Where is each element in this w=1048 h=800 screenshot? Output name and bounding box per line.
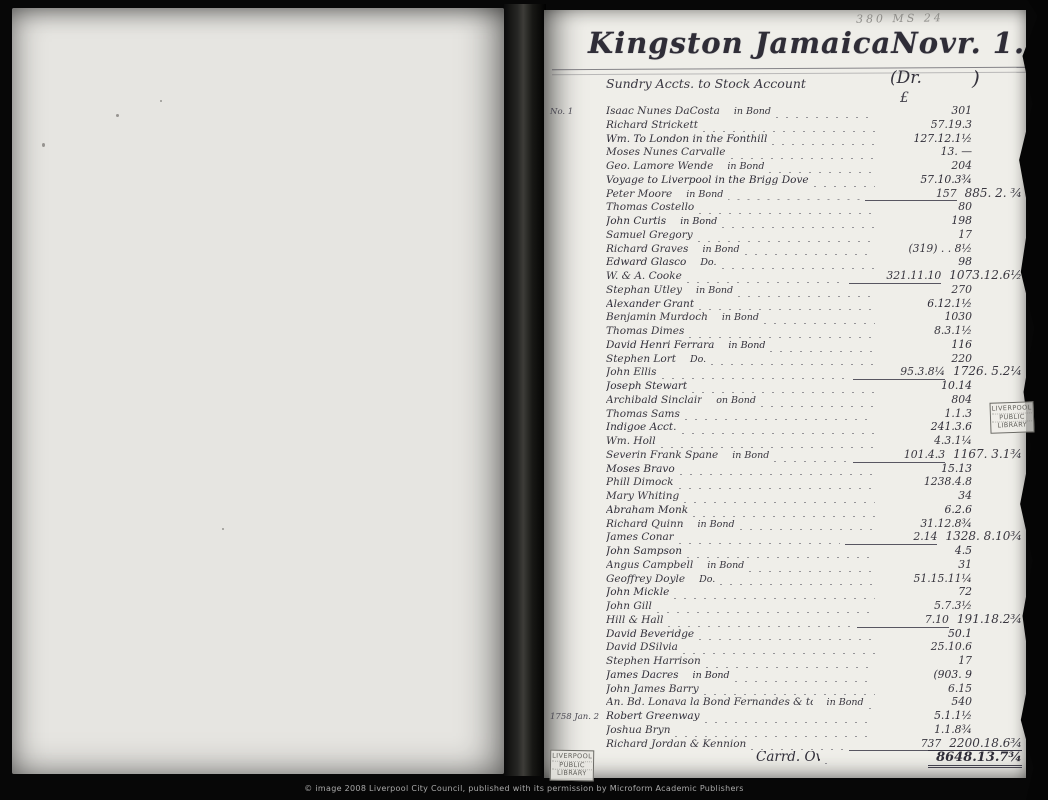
row-amount: 2.14 <box>845 530 937 545</box>
row-bond-note: in Bond <box>734 105 771 119</box>
row-dotted-leader <box>687 553 875 558</box>
paper-speck <box>160 100 162 102</box>
row-account-name: John Sampson <box>606 545 682 559</box>
row-account-name: Wm. Holl <box>606 435 656 449</box>
row-account-name: Indigoe Acct. <box>606 421 677 435</box>
ledger-row: Richard Gravesin Bond(319) . . 8½ <box>550 242 1022 256</box>
ledger-row: John Gill5.7.3½ <box>550 599 1022 613</box>
row-dotted-leader <box>682 429 876 434</box>
row-amount: 241.3.6 <box>880 420 972 434</box>
row-account-name: Peter Moore <box>606 188 672 202</box>
row-amount: 127.12.1½ <box>880 132 972 146</box>
row-account-name: Richard Graves <box>606 243 688 257</box>
row-account-name: Hill & Hall <box>606 614 663 628</box>
row-account-name: Geoffrey Doyle <box>606 573 685 587</box>
row-dotted-leader <box>706 663 875 668</box>
row-amount: 34 <box>880 489 972 503</box>
row-account-name: James Conar <box>606 531 674 545</box>
row-account-name: Thomas Costello <box>606 201 694 215</box>
row-bond-note: on Bond <box>716 394 756 408</box>
scanned-ledger-spread: 380 MS 24 Kingston Jamaica Novr. 1. 1757… <box>0 0 1048 800</box>
ledger-row: An. Bd. Lonava la Bond Fernandes & to Ge… <box>550 695 1022 709</box>
row-dotted-leader <box>683 649 875 654</box>
row-account-name: Wm. To London in the Fonthill <box>606 133 767 147</box>
ledger-row: Benjamin Murdochin Bond1030 <box>550 310 1022 324</box>
row-dotted-leader <box>774 457 848 462</box>
row-dotted-leader <box>731 154 876 159</box>
ledger-rows: No. 1Isaac Nunes DaCostain Bond301Richar… <box>550 104 1022 764</box>
row-dotted-leader <box>679 484 875 489</box>
row-bond-note: in Bond <box>698 518 735 532</box>
row-amount: 57.10.3¾ <box>880 173 972 187</box>
row-account-name: Richard Jordan & Kennion <box>606 738 746 752</box>
ledger-row: John James Barry6.15 <box>550 682 1022 696</box>
row-dotted-leader <box>769 168 875 173</box>
row-account-name: Robert Greenway <box>606 710 700 724</box>
row-amount: 25.10.6 <box>880 640 972 654</box>
row-amount: 220 <box>880 352 972 366</box>
row-bond-note: in Bond <box>696 284 733 298</box>
row-dotted-leader <box>735 677 875 682</box>
row-dotted-leader <box>657 608 875 613</box>
ledger-row: Richard Quinnin Bond31.12.8¾ <box>550 517 1022 531</box>
row-dotted-leader <box>764 319 875 324</box>
ledger-row: Thomas Costello80 <box>550 200 1022 214</box>
row-account-name: Angus Campbell <box>606 559 693 573</box>
row-account-name: Joseph Stewart <box>606 380 687 394</box>
row-amount: (319) . . 8½ <box>880 242 972 256</box>
row-bond-note: in Bond <box>693 669 730 683</box>
debit-mark: (Dr. <box>890 68 922 88</box>
ledger-row: James Conar2.141328. 8.10¾ <box>550 530 1022 544</box>
row-amount: 17 <box>880 228 972 242</box>
row-dotted-leader <box>661 443 875 448</box>
row-dotted-leader <box>698 237 875 242</box>
row-bond-note: in Bond <box>680 215 717 229</box>
row-account-name: John Mickle <box>606 586 669 600</box>
row-subtotal: 1073.12.6½ <box>941 269 1022 283</box>
row-amount: 198 <box>880 214 972 228</box>
row-amount: 80 <box>880 200 972 214</box>
row-amount: 116 <box>880 338 972 352</box>
ledger-row: Moses Bravo15.13 <box>550 462 1022 476</box>
ledger-row: Thomas Sams1.1.3 <box>550 407 1022 421</box>
ledger-row: David Beveridge50.1 <box>550 627 1022 641</box>
row-amount: 98 <box>880 255 972 269</box>
ledger-row: Archibald Sinclairon Bond804 <box>550 393 1022 407</box>
row-dotted-leader <box>776 113 875 118</box>
ledger-row: Mary Whiting34 <box>550 489 1022 503</box>
row-account-name: David Henri Ferrara <box>606 339 714 353</box>
row-dotted-leader <box>668 622 852 627</box>
row-account-name: Abraham Monk <box>606 504 688 518</box>
row-dotted-leader <box>662 374 849 379</box>
library-stamp: LIVERPOOL PUBLIC LIBRARY <box>550 750 595 781</box>
row-account-name: Carrd. Over <box>606 751 820 765</box>
ledger-row: Samuel Gregory17 <box>550 228 1022 242</box>
row-account-name: An. Bd. Lonava la Bond Fernandes & to Ge… <box>606 696 813 710</box>
row-amount: 72 <box>880 585 972 599</box>
row-account-name: Benjamin Murdoch <box>606 311 708 325</box>
stamp-line: LIBRARY <box>552 770 592 778</box>
ledger-row: James Dacresin Bond(903. 9 <box>550 668 1022 682</box>
blank-left-page <box>12 8 504 774</box>
ledger-row: Joshua Bryn1.1.8¾ <box>550 723 1022 737</box>
row-bond-note: in Bond <box>727 160 764 174</box>
ledger-row: John Ellis95.3.8¼1726. 5.2¼ <box>550 365 1022 379</box>
row-account-name: Stephan Utley <box>606 284 682 298</box>
row-dotted-leader <box>825 759 831 764</box>
row-subtotal: 191.18.2¾ <box>949 613 1022 627</box>
row-dotted-leader <box>772 140 875 145</box>
row-account-name: Richard Strickett <box>606 119 698 133</box>
row-amount: 5.1.1½ <box>880 709 972 723</box>
row-dotted-leader <box>720 580 875 585</box>
ledger-row: Geo. Lamore Wendein Bond204 <box>550 159 1022 173</box>
row-subtotal: 885. 2. ¾ <box>957 187 1022 201</box>
row-subtotal: 1726. 5.2¼ <box>945 365 1022 379</box>
row-amount: 1030 <box>880 310 972 324</box>
row-dotted-leader <box>722 223 875 228</box>
row-amount: 4.5 <box>880 544 972 558</box>
row-bond-note: in Bond <box>732 449 769 463</box>
row-account-name: John James Barry <box>606 683 699 697</box>
row-dotted-leader <box>761 402 875 407</box>
library-stamp: LIVERPOOL PUBLIC LIBRARY <box>989 401 1034 433</box>
row-amount: 737 <box>849 737 941 752</box>
ledger-page: 380 MS 24 Kingston Jamaica Novr. 1. 1757… <box>544 10 1026 778</box>
row-amount: 57.19.3 <box>880 118 972 132</box>
row-account-name: Archibald Sinclair <box>606 394 702 408</box>
row-account-name: Richard Quinn <box>606 518 684 532</box>
row-dotted-leader <box>869 704 875 709</box>
row-amount: 101.4.3 <box>853 448 945 463</box>
row-account-name: Thomas Sams <box>606 408 680 422</box>
ledger-row: Phill Dimock1238.4.8 <box>550 475 1022 489</box>
row-dotted-leader <box>738 292 875 297</box>
ledger-row: Wm. Holl4.3.1¼ <box>550 434 1022 448</box>
row-dotted-leader <box>745 250 875 255</box>
row-margin-note: 1758 Jan. 2 <box>550 711 606 725</box>
row-dotted-leader <box>689 333 875 338</box>
row-account-name: Severin Frank Spane <box>606 449 718 463</box>
row-account-name: W. & A. Cooke <box>606 270 682 284</box>
row-account-name: Phill Dimock <box>606 476 674 490</box>
paper-speck <box>222 528 224 530</box>
ledger-row: Hill & Hall7.10191.18.2¾ <box>550 613 1022 627</box>
row-account-name: Isaac Nunes DaCosta <box>606 105 720 119</box>
row-amount: 6.2.6 <box>880 503 972 517</box>
row-dotted-leader <box>679 539 841 544</box>
row-account-name: Thomas Dimes <box>606 325 684 339</box>
row-account-name: James Dacres <box>606 669 679 683</box>
ledger-row: David DSilvia25.10.6 <box>550 640 1022 654</box>
row-bond-note: in Bond <box>728 339 765 353</box>
row-margin-note: No. 1 <box>550 106 606 120</box>
row-amount: (903. 9 <box>880 668 972 682</box>
ledger-row: Stephen Harrison17 <box>550 654 1022 668</box>
stamp-line: LIBRARY <box>992 421 1032 430</box>
row-amount: 804 <box>880 393 972 407</box>
row-subtotal: 8648.13.7¾ <box>928 750 1022 768</box>
ledger-row: Wm. To London in the Fonthill127.12.1½ <box>550 132 1022 146</box>
ledger-row: Stephan Utleyin Bond270 <box>550 283 1022 297</box>
row-dotted-leader <box>704 690 875 695</box>
page-title: Kingston Jamaica Novr. 1. 1757 <box>588 26 1022 60</box>
row-amount: 31.12.8¾ <box>880 517 972 531</box>
row-amount: 5.7.3½ <box>880 599 972 613</box>
row-subtotal: 1167. 3.1¾ <box>945 448 1022 462</box>
ledger-row: Joseph Stewart10.14 <box>550 379 1022 393</box>
ledger-row: No. 1Isaac Nunes DaCostain Bond301 <box>550 104 1022 118</box>
row-amount: 301 <box>880 104 972 118</box>
row-dotted-leader <box>711 360 875 365</box>
row-dotted-leader <box>685 415 875 420</box>
ledger-row: Geoffrey DoyleDo.51.15.11¼ <box>550 572 1022 586</box>
ledger-row: John Curtisin Bond198 <box>550 214 1022 228</box>
row-dotted-leader <box>674 594 875 599</box>
row-amount: 13. — <box>880 145 972 159</box>
row-amount: 540 <box>880 695 972 709</box>
row-bond-note: Do. <box>699 573 715 587</box>
row-amount: 17 <box>880 654 972 668</box>
row-amount: 10.14 <box>880 379 972 393</box>
row-amount: 321.11.10 <box>849 269 941 284</box>
row-dotted-leader <box>675 732 875 737</box>
row-amount: 6.15 <box>880 682 972 696</box>
title-underline <box>552 67 1026 75</box>
row-amount: 204 <box>880 159 972 173</box>
ledger-row: Stephen LortDo.220 <box>550 352 1022 366</box>
row-bond-note: in Bond <box>827 696 864 710</box>
row-dotted-leader <box>705 718 875 723</box>
ledger-row: Peter Moorein Bond157885. 2. ¾ <box>550 187 1022 201</box>
ledger-row: John Sampson4.5 <box>550 544 1022 558</box>
row-dotted-leader <box>703 127 875 132</box>
row-amount: 6.12.1½ <box>880 297 972 311</box>
ledger-row: W. & A. Cooke321.11.101073.12.6½ <box>550 269 1022 283</box>
row-dotted-leader <box>751 745 844 750</box>
row-account-name: John Gill <box>606 600 652 614</box>
row-account-name: Alexander Grant <box>606 298 694 312</box>
row-bond-note: in Bond <box>722 311 759 325</box>
row-account-name: John Curtis <box>606 215 666 229</box>
row-account-name: Voyage to Liverpool in the Brigg Dove <box>606 174 809 188</box>
row-account-name: David DSilvia <box>606 641 678 655</box>
row-dotted-leader <box>749 567 875 572</box>
row-amount: 8.3.1½ <box>880 324 972 338</box>
row-account-name: Moses Nunes Carvalle <box>606 146 726 160</box>
row-subtotal: 1328. 8.10¾ <box>937 530 1022 544</box>
row-account-name: Edward Glasco <box>606 256 686 270</box>
paper-speck <box>42 143 45 147</box>
row-dotted-leader <box>692 388 875 393</box>
page-title-place: Kingston Jamaica <box>588 26 891 60</box>
row-dotted-leader <box>684 498 875 503</box>
row-account-name: John Ellis <box>606 366 657 380</box>
pencil-shelfmark: 380 MS 24 <box>856 11 944 26</box>
ledger-row: David Henri Ferrarain Bond116 <box>550 338 1022 352</box>
row-dotted-leader <box>699 305 875 310</box>
row-bond-note: in Bond <box>707 559 744 573</box>
ledger-row: Indigoe Acct.241.3.6 <box>550 420 1022 434</box>
row-amount: 4.3.1¼ <box>880 434 972 448</box>
row-account-name: Samuel Gregory <box>606 229 693 243</box>
paper-speck <box>116 114 119 117</box>
row-amount: 270 <box>880 283 972 297</box>
row-account-name: David Beveridge <box>606 628 694 642</box>
row-bond-note: Do. <box>700 256 716 270</box>
row-amount: 157 <box>865 187 957 202</box>
row-dotted-leader <box>770 347 875 352</box>
row-amount: 1.1.3 <box>880 407 972 421</box>
copyright-caption: © image 2008 Liverpool City Council, pub… <box>0 784 1048 793</box>
book-spine <box>504 4 546 776</box>
row-dotted-leader <box>699 635 875 640</box>
row-dotted-leader <box>693 512 875 517</box>
ledger-row: Richard Jordan & Kennion7372200.18.6¾ <box>550 737 1022 751</box>
row-amount: 51.15.11¼ <box>880 572 972 586</box>
row-amount: 1.1.8¾ <box>880 723 972 737</box>
ledger-row: John Mickle72 <box>550 585 1022 599</box>
row-dotted-leader <box>728 195 859 200</box>
ledger-row: Richard Strickett57.19.3 <box>550 118 1022 132</box>
ledger-row: Abraham Monk6.2.6 <box>550 503 1022 517</box>
row-amount: 50.1 <box>880 627 972 641</box>
row-subtotal: 2200.18.6¾ <box>941 737 1022 752</box>
row-dotted-leader <box>699 209 875 214</box>
account-heading: Sundry Accts. to Stock Account <box>606 76 806 91</box>
row-amount: 1238.4.8 <box>880 475 972 489</box>
ledger-row: Voyage to Liverpool in the Brigg Dove57.… <box>550 173 1022 187</box>
row-account-name: Stephen Harrison <box>606 655 701 669</box>
row-amount: 31 <box>880 558 972 572</box>
row-dotted-leader <box>687 278 844 283</box>
ledger-row: 1758 Jan. 2Robert Greenway5.1.1½ <box>550 709 1022 723</box>
ledger-row: Severin Frank Spanein Bond101.4.31167. 3… <box>550 448 1022 462</box>
row-bond-note: Do. <box>690 353 706 367</box>
ledger-row: Angus Campbellin Bond31 <box>550 558 1022 572</box>
ledger-row: Carrd. Over8648.13.7¾ <box>550 750 1022 764</box>
row-amount: 7.10 <box>857 613 949 628</box>
row-account-name: Mary Whiting <box>606 490 679 504</box>
flourish-paren: ) <box>972 66 980 90</box>
row-bond-note: in Bond <box>686 188 723 202</box>
row-account-name: Moses Bravo <box>606 463 675 477</box>
ledger-row: Thomas Dimes8.3.1½ <box>550 324 1022 338</box>
row-account-name: Geo. Lamore Wende <box>606 160 713 174</box>
row-dotted-leader <box>680 470 875 475</box>
ledger-row: Moses Nunes Carvalle13. — <box>550 145 1022 159</box>
row-account-name: Stephen Lort <box>606 353 676 367</box>
row-amount: 95.3.8¼ <box>853 365 945 380</box>
row-bond-note: in Bond <box>702 243 739 257</box>
row-account-name: Joshua Bryn <box>606 724 670 738</box>
ledger-row: Edward GlascoDo.98 <box>550 255 1022 269</box>
ledger-row: Alexander Grant6.12.1½ <box>550 297 1022 311</box>
row-amount: 15.13 <box>880 462 972 476</box>
